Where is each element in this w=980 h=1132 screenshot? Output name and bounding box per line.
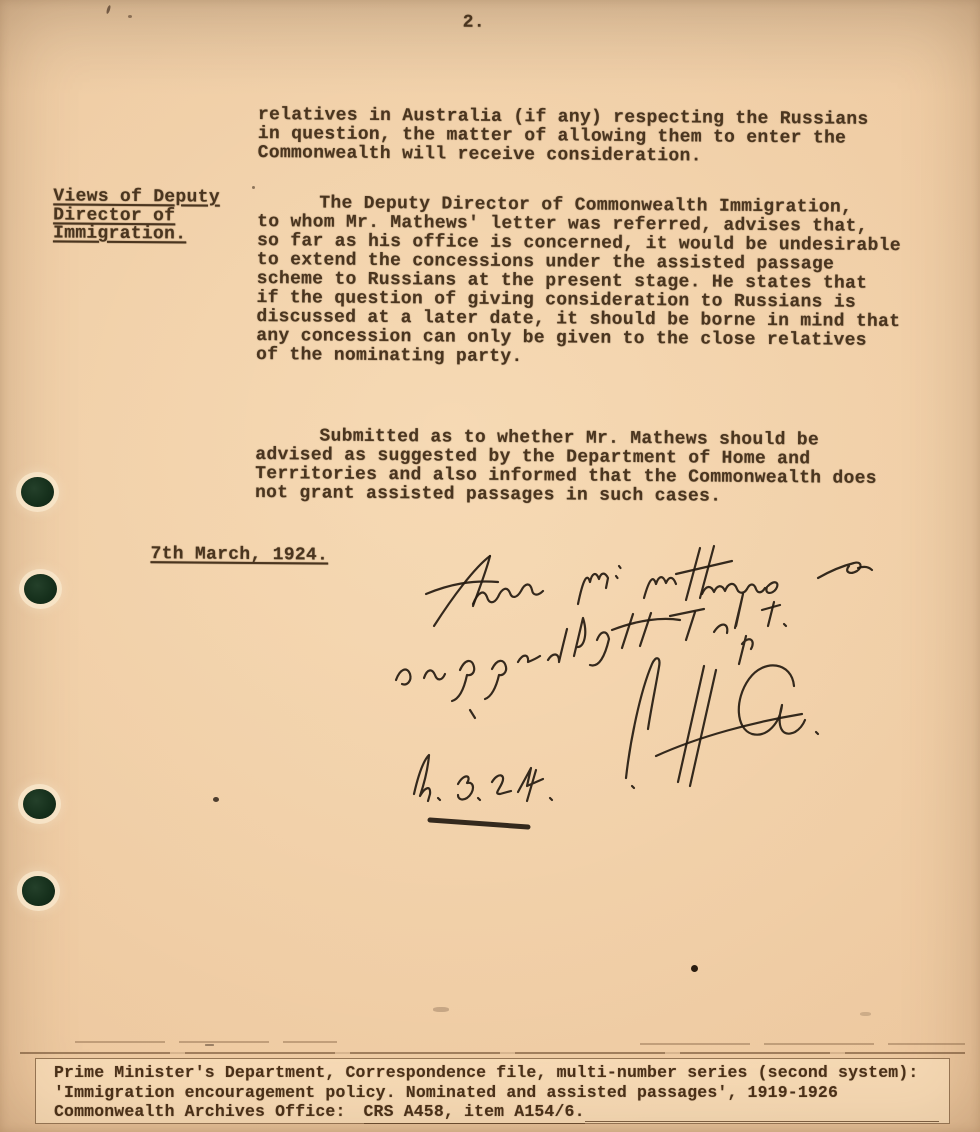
page-number: 2. bbox=[463, 14, 485, 33]
punch-hole-3 bbox=[23, 789, 56, 819]
paper-speck bbox=[128, 15, 132, 18]
margin-heading: Views of Deputy Director of Immigration. bbox=[53, 187, 253, 244]
paper-smudge bbox=[205, 1044, 214, 1046]
citation-line-3: Commonwealth Archives Office: CRS A458, … bbox=[54, 1102, 941, 1124]
punch-hole-4 bbox=[22, 876, 55, 906]
punch-hole-1 bbox=[21, 477, 54, 507]
citation-rule-line bbox=[585, 1117, 939, 1122]
paragraph-deputy-director: The Deputy Director of Commonwealth Immi… bbox=[256, 194, 935, 370]
punch-hole-2 bbox=[24, 574, 57, 604]
citation-line-2: 'Immigration encouragement policy. Nomin… bbox=[54, 1083, 941, 1103]
scanned-document-page: 2. relatives in Australia (if any) respe… bbox=[0, 0, 980, 1132]
paragraph-continuation: relatives in Australia (if any) respecti… bbox=[258, 106, 930, 168]
handwriting-strokes bbox=[370, 530, 930, 850]
paper-speck bbox=[213, 797, 219, 802]
paper-speck bbox=[252, 186, 255, 189]
paper-speck bbox=[691, 965, 698, 972]
paragraph-submitted: Submitted as to whether Mr. Mathews shou… bbox=[255, 427, 928, 508]
citation-office-label: Commonwealth Archives Office: bbox=[54, 1102, 346, 1122]
archive-citation-box: Prime Minister's Department, Corresponde… bbox=[35, 1058, 950, 1124]
citation-line-1: Prime Minister's Department, Corresponde… bbox=[54, 1063, 941, 1083]
paper-smudge bbox=[433, 1007, 449, 1012]
citation-series-item: CRS A458, item A154/6. bbox=[364, 1102, 585, 1124]
handwritten-annotation: Advise Mr. Matthews as suggested by H&T … bbox=[370, 530, 930, 850]
paper-smudge bbox=[860, 1012, 871, 1016]
typed-date: 7th March, 1924. bbox=[150, 545, 328, 565]
